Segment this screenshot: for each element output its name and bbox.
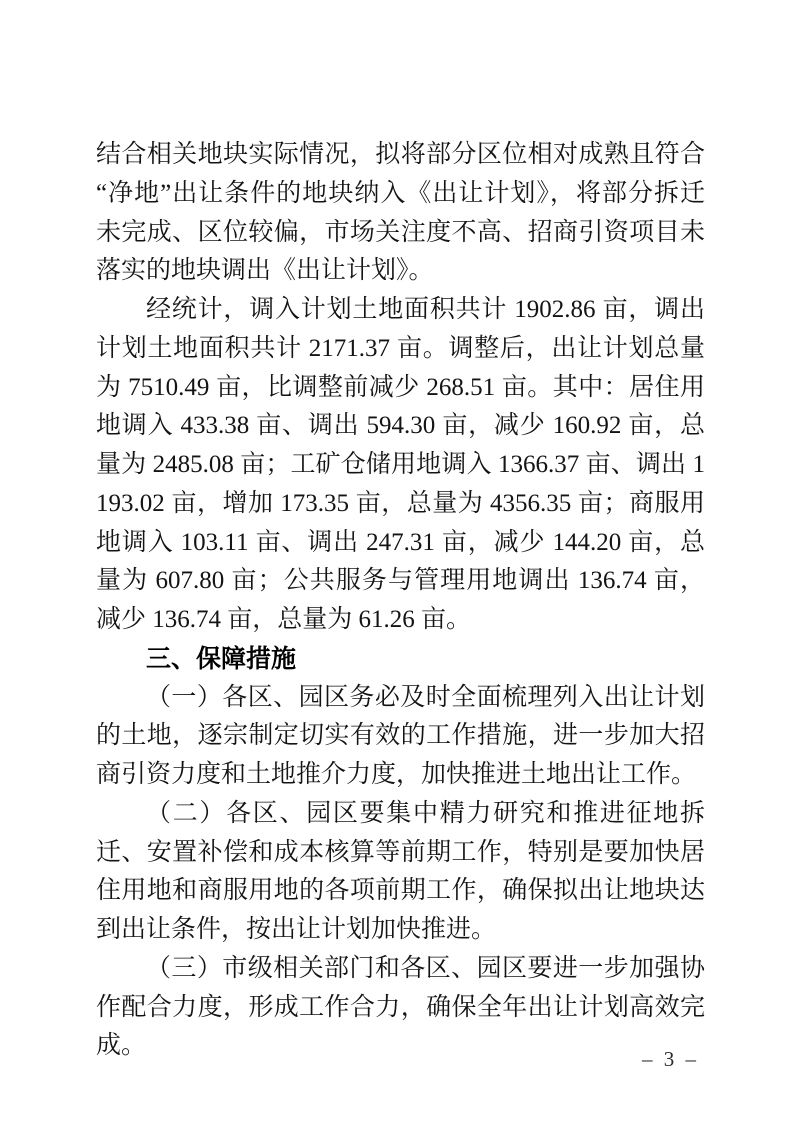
paragraph-statistics: 经统计，调入计划土地面积共计 1902.86 亩，调出计划土地面积共计 2171… [96, 291, 705, 640]
page-footer: – 3 – [609, 1014, 699, 1104]
paragraph-measure-2: （二）各区、园区要集中精力研究和推进征地拆迁、安置补偿和成本核算等前期工作，特别… [96, 795, 705, 950]
document-body: 结合相关地块实际情况，拟将部分区位相对成熟且符合“净地”出让条件的地块纳入《出让… [96, 136, 705, 1066]
paragraph-measure-1: （一）各区、园区务必及时全面梳理列入出让计划的土地，逐宗制定切实有效的工作措施，… [96, 679, 705, 795]
section-heading: 三、保障措施 [96, 640, 705, 679]
document-page: 结合相关地块实际情况，拟将部分区位相对成熟且符合“净地”出让条件的地块纳入《出让… [0, 0, 793, 1122]
paragraph-continuation: 结合相关地块实际情况，拟将部分区位相对成熟且符合“净地”出让条件的地块纳入《出让… [96, 136, 705, 291]
page-number: – 3 – [642, 1047, 699, 1071]
